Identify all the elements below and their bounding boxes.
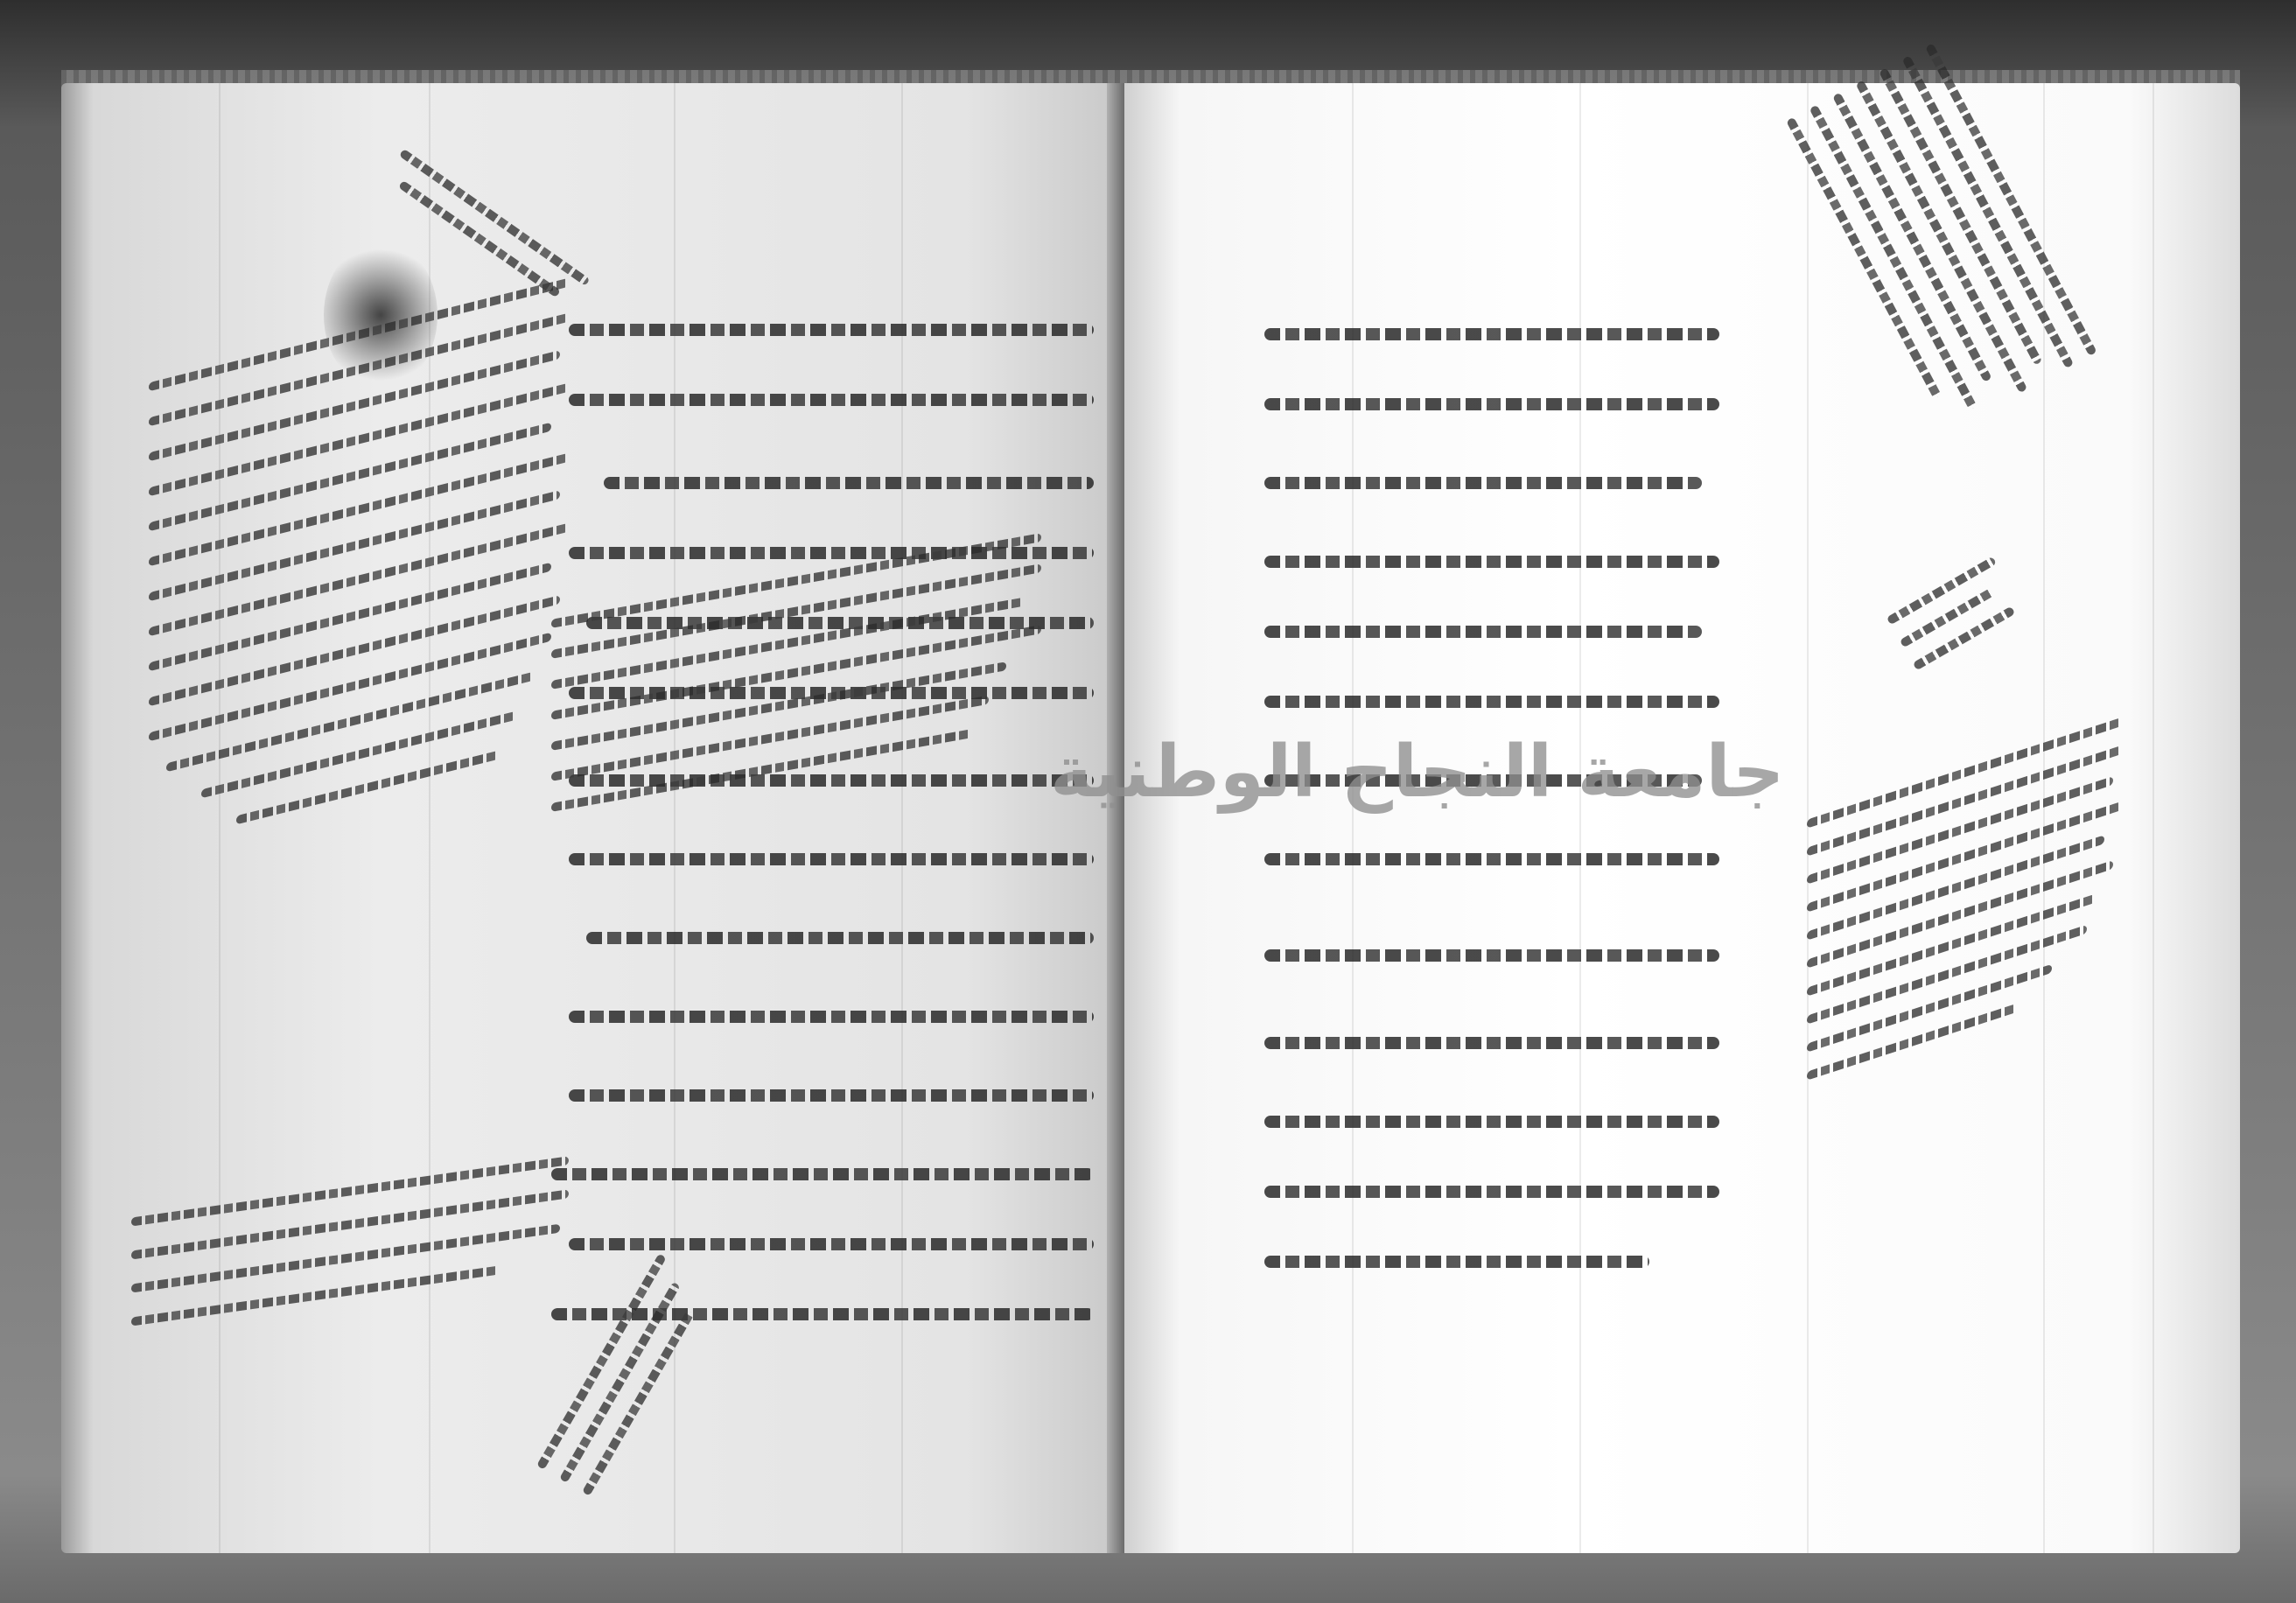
center-marginalia [551,527,1076,908]
open-manuscript: ١ [61,83,2240,1553]
ruling-line [1579,83,1581,1553]
left-marginalia-diagonal [149,274,586,996]
watermark: جامعة النجاح الوطنية [1050,731,1784,814]
left-page [61,83,1124,1553]
ruling-line [1352,83,1354,1553]
ruling-line [2152,83,2154,1553]
left-bottom-marginalia [131,1153,586,1392]
right-page: ١ [1124,83,2240,1553]
right-side-marginalia [1807,711,2139,1213]
right-mid-marginal-note [1886,548,2078,739]
